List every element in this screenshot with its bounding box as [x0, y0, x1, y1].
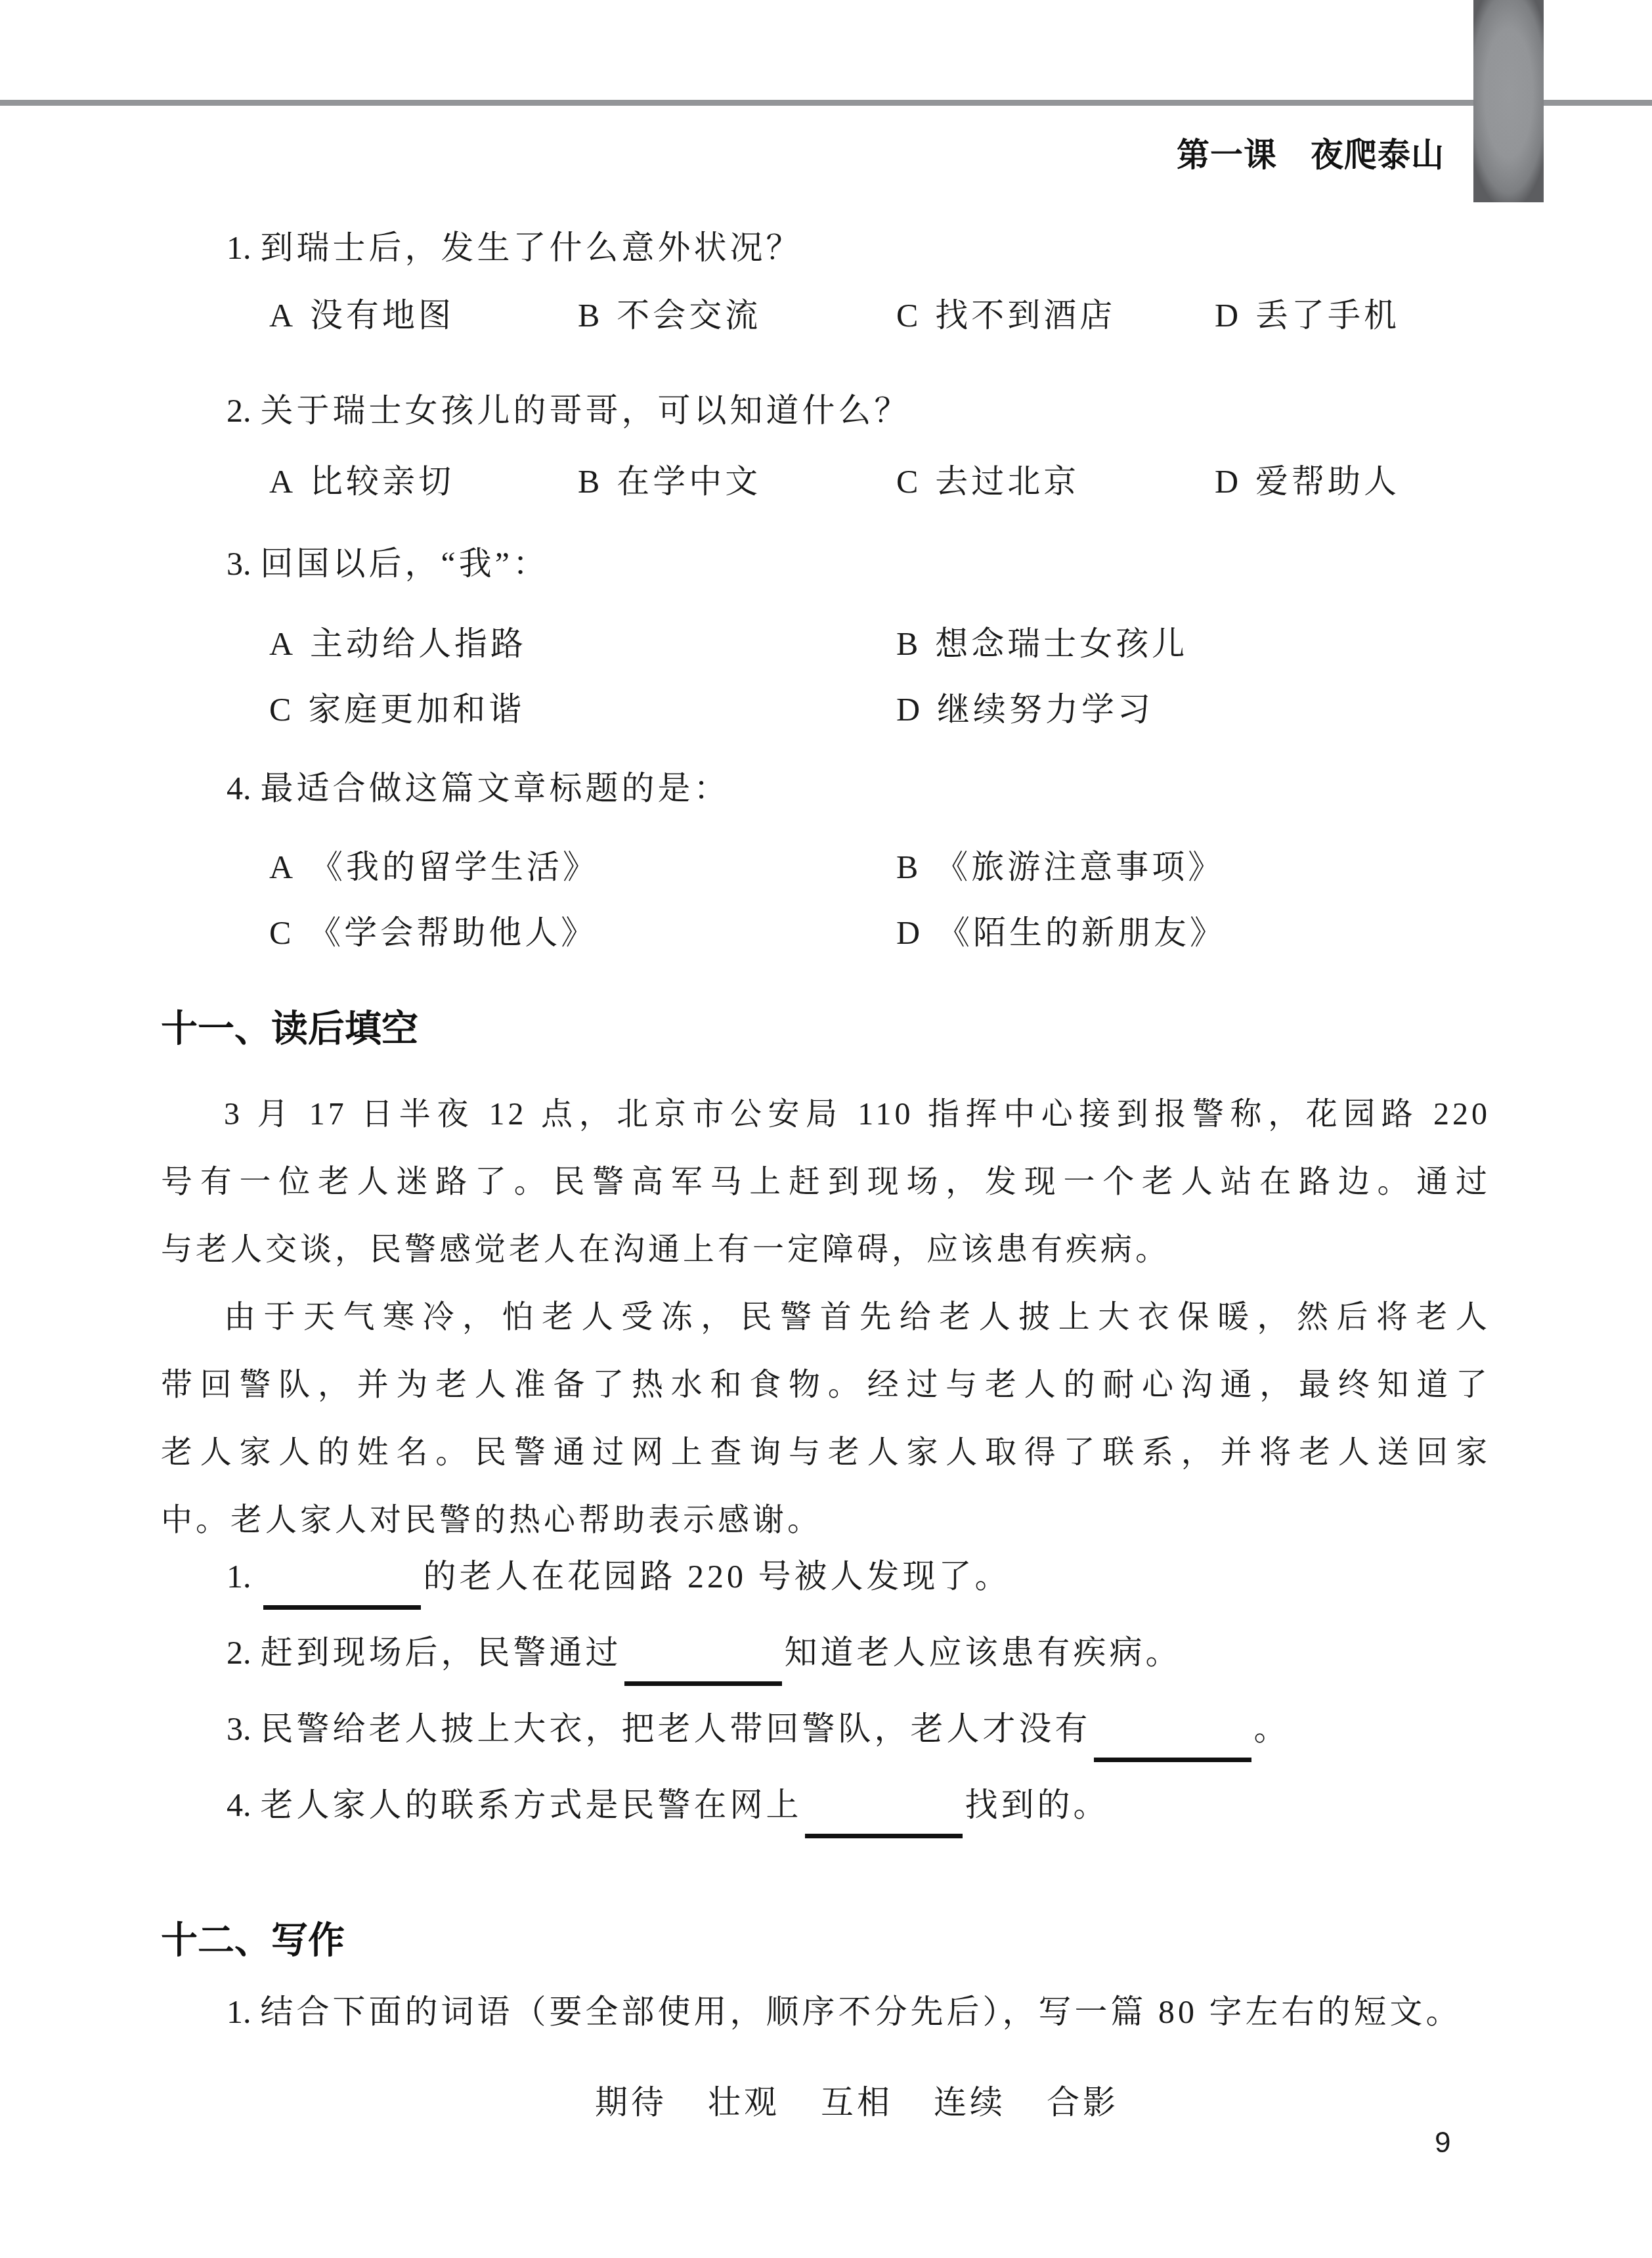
- passage-paragraph-2: 由于天气寒冷，怕老人受冻，民警首先给老人披上大衣保暖，然后将老人带回警队，并为老…: [161, 1283, 1490, 1554]
- page-number: 9: [1435, 2127, 1450, 2159]
- option-label: A: [269, 461, 293, 502]
- page-content: 1.到瑞士后，发生了什么意外状况？A没有地图B不会交流C找不到酒店D丢了手机2.…: [0, 0, 1652, 2258]
- fill-item-2: 2.赶到现场后，民警通过知道老人应该患有疾病。: [227, 1632, 1490, 1686]
- option-q3-b: B想念瑞士女孩儿: [896, 623, 1490, 664]
- writing-instruction-number: 1.: [227, 1991, 251, 2032]
- question-3-options-row1: A主动给人指路B想念瑞士女孩儿: [269, 623, 1490, 664]
- fill-item-1: 1.的老人在花园路 220 号被人发现了。: [227, 1556, 1490, 1610]
- option-text: 在学中文: [617, 463, 761, 500]
- section-twelve-heading: 十二、写作: [161, 1919, 1490, 1961]
- option-q4-a: A《我的留学生活》: [269, 847, 896, 887]
- writing-instruction: 1.结合下面的词语（要全部使用，顺序不分先后），写一篇 80 字左右的短文。: [227, 1991, 1490, 2032]
- option-text: 家庭更加和谐: [308, 691, 525, 728]
- option-text: 去过北京: [935, 463, 1079, 500]
- fill-item-number: 3.: [227, 1708, 251, 1749]
- option-text: 丢了手机: [1255, 297, 1400, 334]
- option-label: D: [896, 912, 920, 953]
- option-q3-c: C家庭更加和谐: [269, 689, 896, 730]
- fill-item-number: 1.: [227, 1556, 251, 1597]
- question-3-options-row2: C家庭更加和谐D继续努力学习: [269, 689, 1490, 730]
- option-q1-c: C找不到酒店: [896, 295, 1215, 336]
- question-number: 4.: [227, 768, 251, 808]
- textbook-page: 第一课 夜爬泰山 1.到瑞士后，发生了什么意外状况？A没有地图B不会交流C找不到…: [0, 0, 1652, 2258]
- option-text: 《旅游注意事项》: [935, 849, 1224, 885]
- fill-item-number: 4.: [227, 1784, 251, 1825]
- question-number: 2.: [227, 390, 251, 431]
- option-label: C: [269, 912, 291, 953]
- option-q1-b: B不会交流: [578, 295, 896, 336]
- fill-item-text-before: 老人家人的联系方式是民警在网上: [261, 1786, 802, 1823]
- fill-item-text-after: 。: [1254, 1710, 1290, 1747]
- option-label: B: [896, 623, 918, 664]
- option-text: 《陌生的新朋友》: [937, 914, 1226, 951]
- option-q2-c: C去过北京: [896, 461, 1215, 502]
- option-text: 爱帮助人: [1255, 463, 1400, 500]
- passage-line: 由于天气寒冷，怕老人受冻，民警首先给老人披上大衣保暖，然后将老人: [161, 1283, 1490, 1351]
- option-text: 继续努力学习: [937, 691, 1154, 728]
- question-4-options-row2: C《学会帮助他人》D《陌生的新朋友》: [269, 912, 1490, 953]
- question-2-stem: 2.关于瑞士女孩儿的哥哥，可以知道什么？: [227, 390, 1490, 431]
- question-1-options: A没有地图B不会交流C找不到酒店D丢了手机: [269, 295, 1490, 336]
- question-stem-text: 最适合做这篇文章标题的是：: [261, 770, 730, 807]
- option-q1-d: D丢了手机: [1215, 295, 1490, 336]
- option-q4-c: C《学会帮助他人》: [269, 912, 896, 953]
- question-stem-text: 回国以后，“我”：: [261, 545, 549, 582]
- writing-instruction-text: 结合下面的词语（要全部使用，顺序不分先后），写一篇 80 字左右的短文。: [261, 1993, 1462, 2030]
- option-text: 比较亲切: [310, 463, 454, 500]
- passage-line: 号有一位老人迷路了。民警高军马上赶到现场，发现一个老人站在路边。通过: [161, 1148, 1490, 1216]
- question-number: 3.: [227, 543, 251, 584]
- option-label: C: [896, 295, 918, 336]
- option-q2-a: A比较亲切: [269, 461, 578, 502]
- fill-item-number: 2.: [227, 1632, 251, 1673]
- fill-item-text-before: 民警给老人披上大衣，把老人带回警队，老人才没有: [261, 1710, 1091, 1747]
- option-text: 《我的留学生活》: [310, 849, 599, 885]
- fill-item-text-before: 赶到现场后，民警通过: [261, 1634, 622, 1671]
- question-stem-text: 关于瑞士女孩儿的哥哥，可以知道什么？: [261, 392, 911, 429]
- passage-line: 带回警队，并为老人准备了热水和食物。经过与老人的耐心沟通，最终知道了: [161, 1351, 1490, 1419]
- writing-word-list: 期待壮观互相连续合影: [223, 2082, 1490, 2123]
- fill-item-3: 3.民警给老人披上大衣，把老人带回警队，老人才没有。: [227, 1708, 1490, 1762]
- option-q2-d: D爱帮助人: [1215, 461, 1490, 502]
- question-number: 1.: [227, 227, 251, 268]
- option-q1-a: A没有地图: [269, 295, 578, 336]
- option-label: A: [269, 623, 293, 664]
- word-item: 互相: [821, 2082, 893, 2123]
- word-item: 合影: [1047, 2082, 1119, 2123]
- question-2-options: A比较亲切B在学中文C去过北京D爱帮助人: [269, 461, 1490, 502]
- passage-line: 3 月 17 日半夜 12 点，北京市公安局 110 指挥中心接到报警称，花园路…: [161, 1080, 1490, 1148]
- fill-item-text-after: 知道老人应该患有疾病。: [785, 1634, 1182, 1671]
- word-item: 连续: [934, 2082, 1006, 2123]
- fill-blank: [263, 1579, 421, 1610]
- option-q4-d: D《陌生的新朋友》: [896, 912, 1490, 953]
- option-text: 不会交流: [617, 297, 761, 334]
- option-label: C: [269, 689, 291, 730]
- option-text: 主动给人指路: [310, 625, 527, 662]
- option-label: A: [269, 295, 293, 336]
- option-label: B: [578, 295, 599, 336]
- word-item: 壮观: [708, 2082, 780, 2123]
- option-label: B: [896, 847, 918, 887]
- fill-item-text-after: 的老人在花园路 220 号被人发现了。: [424, 1558, 1011, 1595]
- option-label: C: [896, 461, 918, 502]
- passage-paragraph-1: 3 月 17 日半夜 12 点，北京市公安局 110 指挥中心接到报警称，花园路…: [161, 1080, 1490, 1283]
- option-q3-a: A主动给人指路: [269, 623, 896, 664]
- fill-item-text-after: 找到的。: [965, 1786, 1110, 1823]
- option-text: 没有地图: [310, 297, 454, 334]
- option-text: 想念瑞士女孩儿: [935, 625, 1188, 662]
- fill-blank: [624, 1655, 782, 1686]
- option-q4-b: B《旅游注意事项》: [896, 847, 1490, 887]
- fill-item-4: 4.老人家人的联系方式是民警在网上找到的。: [227, 1784, 1490, 1838]
- section-eleven-heading: 十一、读后填空: [161, 1007, 1490, 1050]
- option-label: D: [1215, 295, 1238, 336]
- fill-blank: [1094, 1731, 1251, 1762]
- question-1-stem: 1.到瑞士后，发生了什么意外状况？: [227, 227, 1490, 268]
- passage-line: 与老人交谈，民警感觉老人在沟通上有一定障碍，应该患有疾病。: [161, 1216, 1490, 1283]
- question-4-stem: 4.最适合做这篇文章标题的是：: [227, 768, 1490, 808]
- option-label: D: [1215, 461, 1238, 502]
- option-label: B: [578, 461, 599, 502]
- fill-in-items: 1.的老人在花园路 220 号被人发现了。2.赶到现场后，民警通过知道老人应该患…: [161, 1556, 1490, 1838]
- option-label: A: [269, 847, 293, 887]
- word-item: 期待: [595, 2082, 667, 2123]
- option-q3-d: D继续努力学习: [896, 689, 1490, 730]
- fill-blank: [805, 1807, 963, 1838]
- passage-line: 老人家人的姓名。民警通过网上查询与老人家人取得了联系，并将老人送回家: [161, 1419, 1490, 1486]
- question-stem-text: 到瑞士后，发生了什么意外状况？: [261, 229, 802, 266]
- passage-line: 中。老人家人对民警的热心帮助表示感谢。: [161, 1486, 1490, 1554]
- question-3-stem: 3.回国以后，“我”：: [227, 543, 1490, 584]
- option-text: 《学会帮助他人》: [308, 914, 597, 951]
- question-4-options-row1: A《我的留学生活》B《旅游注意事项》: [269, 847, 1490, 887]
- option-text: 找不到酒店: [935, 297, 1116, 334]
- option-q2-b: B在学中文: [578, 461, 896, 502]
- option-label: D: [896, 689, 920, 730]
